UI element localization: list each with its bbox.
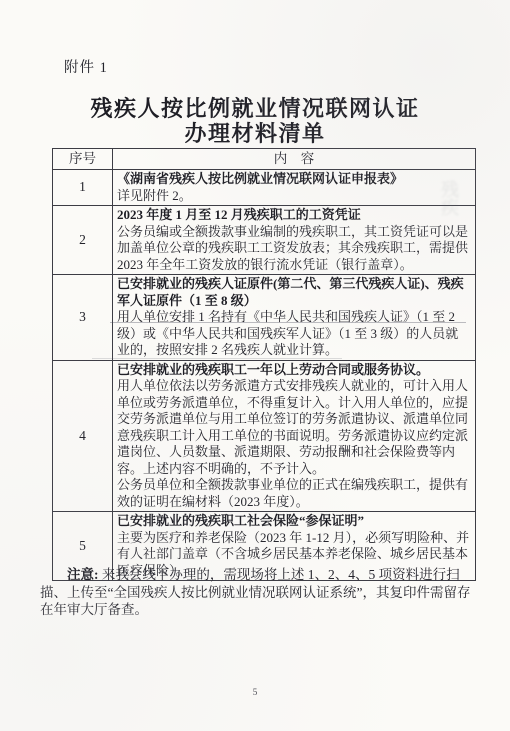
row-content: 已安排就业的残疾人证原件(第二代、第三代残疾人证)、残疾军人证原件（1 至 8 … [113,275,476,361]
table-row: 1 《湖南省残疾人按比例就业情况联网认证申报表》 详见附件 2。 [53,170,476,206]
footnote-text: 来我会线下办理的，需现场将上述 1、2、4、5 项资料进行扫描、上传至“全国残疾… [40,567,470,617]
row-content-heading: 已安排就业的残疾职工社会保险“参保证明” [117,513,471,530]
header-seq: 序号 [53,149,113,170]
row-content-text: 公务员编或全额拨款事业编制的残疾职工，其工资凭证可以是加盖单位公章的残疾职工工资… [117,224,471,274]
footnote: 注意: 来我会线下办理的，需现场将上述 1、2、4、5 项资料进行扫描、上传至“… [40,566,472,619]
row-seq: 4 [53,360,113,512]
row-content-heading: 已安排就业的残疾人证原件(第二代、第三代残疾人证)、残疾军人证原件（1 至 8 … [117,276,471,309]
row-content-heading: 《湖南省残疾人按比例就业情况联网认证申报表》 [117,171,471,188]
document-title-line1: 残疾人按比例就业情况联网认证 [0,96,510,121]
table-row: 3 已安排就业的残疾人证原件(第二代、第三代残疾人证)、残疾军人证原件（1 至 … [53,275,476,361]
header-content: 内 容 [113,149,476,170]
materials-table: 序号 内 容 1 《湖南省残疾人按比例就业情况联网认证申报表》 详见附件 2。 … [52,148,476,581]
page-number: 5 [0,688,510,698]
document-title-line2: 办理材料清单 [0,121,510,146]
attachment-label: 附件 1 [64,56,108,77]
row-content-text2: 公务员单位和全额拨款事业单位的正式在编残疾职工，提供有效的证明在编材料（2023… [117,477,471,510]
row-content: 2023 年度 1 月至 12 月残疾职工的工资凭证 公务员编或全额拨款事业编制… [113,206,476,275]
row-content-heading: 2023 年度 1 月至 12 月残疾职工的工资凭证 [117,207,471,224]
row-seq: 3 [53,275,113,361]
document-title: 残疾人按比例就业情况联网认证 办理材料清单 [0,96,510,146]
row-content-text: 用人单位依法以劳务派遣方式安排残疾人就业的，可计入用人单位或劳务派遣单位，不得重… [117,378,471,477]
row-seq: 2 [53,206,113,275]
footnote-label: 注意: [67,567,99,582]
table-row: 2 2023 年度 1 月至 12 月残疾职工的工资凭证 公务员编或全额拨款事业… [53,206,476,275]
row-seq: 1 [53,170,113,206]
row-content-heading: 已安排就业的残疾职工一年以上劳动合同或服务协议。 [117,362,471,379]
table-header-row: 序号 内 容 [53,149,476,170]
row-content-text: 详见附件 2。 [117,188,471,205]
scanned-document-page: 附件 1 残疾人按比例就业情况联网认证 办理材料清单 序号 内 容 1 《湖南省… [0,0,510,731]
row-content-text: 用人单位安排 1 名持有《中华人民共和国残疾人证》（1 至 2 级）或《中华人民… [117,309,471,359]
row-content: 《湖南省残疾人按比例就业情况联网认证申报表》 详见附件 2。 [113,170,476,206]
row-content: 已安排就业的残疾职工一年以上劳动合同或服务协议。 用人单位依法以劳务派遣方式安排… [113,360,476,512]
table-row: 4 已安排就业的残疾职工一年以上劳动合同或服务协议。 用人单位依法以劳务派遣方式… [53,360,476,512]
